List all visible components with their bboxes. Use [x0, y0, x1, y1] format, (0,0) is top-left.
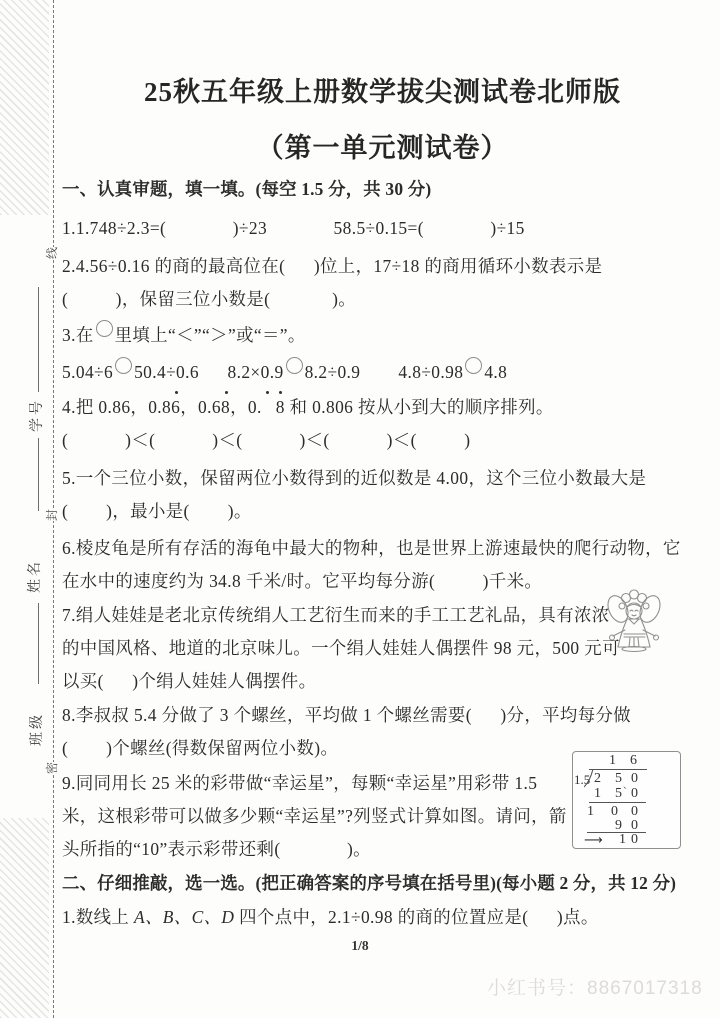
seal-char-feng: 封: [45, 509, 59, 521]
s1-q8-line1: 8.李叔叔 5.4 分做了 3 个螺丝，平均做 1 个螺丝需要( )分，平均每分…: [62, 703, 631, 727]
seal-char-mi: 密: [45, 762, 59, 774]
watermark: 小红书号：8867017318: [487, 973, 703, 1000]
s1-q7-line2: 的中国风格、地道的北京味儿。一个绢人娃娃人偶摆件 98 元，500 元可: [62, 636, 620, 660]
s1-q7-line3: 以买( )个绢人娃娃人偶摆件。: [62, 669, 316, 693]
q3-expr-3-right: 4.8: [484, 362, 507, 382]
s1-q5-line1: 5.一个三位小数，保留两位小数得到的近似数是 4.00，这个三位小数最大是: [62, 466, 646, 490]
s1-q7-line1: 7.绢人娃娃是老北京传统绢人工艺衍生而来的手工工艺礼品，具有浓浓: [62, 603, 610, 627]
s1-q4-line1: 4.把 0.86，0.86，0.68，0.8 和 0.806 按从小到大的顺序排…: [62, 395, 554, 419]
s1-q6-line1: 6.棱皮龟是所有存活的海龟中最大的物种，也是世界上游速最快的爬行动物，它: [62, 536, 681, 560]
remainder-arrow-icon: ⟶: [584, 833, 602, 848]
q4-suffix: 和 0.806 按从小到大的顺序排列。: [285, 397, 554, 417]
section1-heading: 一、认真审题，填一填。(每空 1.5 分，共 30 分): [62, 177, 431, 201]
name-label: 姓名: [29, 557, 43, 593]
repeating-digit: 8: [276, 395, 285, 419]
work-digit: 0: [631, 804, 638, 819]
vinculum-line: [589, 769, 647, 770]
blank-circle-icon: [286, 357, 303, 374]
work-digit: 9: [615, 818, 622, 833]
dividend-digit: 2: [594, 771, 601, 786]
quotient-digit: 1: [609, 753, 616, 768]
repeating-digit: 6: [171, 395, 180, 419]
subtraction-line: [589, 802, 646, 803]
doll-illustration: [603, 586, 665, 656]
q3-expr-2-left: 8.2×0.9: [227, 362, 283, 382]
s1-q9-line1: 9.同同用长 25 米的彩带做“幸运星”，每颗“幸运星”用彩带 1.5: [62, 771, 537, 795]
student-id-label: 学号: [31, 396, 45, 432]
work-digit: 5: [615, 786, 622, 801]
s1-q4-line2: ( )＜( )＜( )＜( )＜( ): [62, 428, 470, 452]
class-blank-line: [38, 603, 39, 684]
remainder-digit: 0: [631, 832, 638, 847]
blank-circle-icon: [465, 357, 482, 374]
s1-q5-line2: ( )，最小是( )。: [62, 499, 252, 523]
work-digit: 0: [631, 786, 638, 801]
s2-q1: 1.数线上 A、B、C、D 四个点中，2.1÷0.98 的商的位置应是( )点。: [62, 905, 599, 929]
q3-suffix: 里填上“＜”“＞”或“＝”。: [115, 325, 306, 345]
s1-q1: 1.1.748÷2.3=( )÷23 58.5÷0.15=( )÷15: [62, 216, 525, 240]
repeating-digit: 8: [221, 395, 230, 419]
q3-prefix: 3.在: [62, 325, 94, 345]
margin-hatch-top: [0, 0, 49, 215]
page-number: 1/8: [0, 938, 720, 954]
dividend-digit: 0: [631, 771, 638, 786]
page-title: 25秋五年级上册数学拔尖测试卷北师版: [55, 70, 710, 109]
margin-hatch-bottom: [0, 818, 49, 1018]
q3-expr-3-left: 4.8÷0.98: [398, 362, 463, 382]
s1-q2-line2: ( )，保留三位小数是( )。: [62, 287, 356, 311]
class-label: 班级: [31, 710, 45, 746]
s2-q1-point-letters: A、B、C、D: [134, 907, 234, 927]
q3-expr-1-left: 5.04÷6: [62, 362, 113, 382]
work-digit: 1: [594, 786, 601, 801]
work-digit: 0: [631, 818, 638, 833]
s1-q9-line3: 头所指的“10”表示彩带还剩( )。: [62, 837, 371, 861]
exam-paper-scan: { "header": { "title": "25秋五年级上册数学拔尖测试卷北…: [0, 0, 720, 1018]
blank-circle-icon: [115, 357, 132, 374]
page-subtitle: （第一单元测试卷）: [55, 126, 710, 165]
work-digit: 0: [611, 804, 618, 819]
s2-q1-suffix: 四个点中，2.1÷0.98 的商的位置应是( )点。: [234, 907, 598, 927]
q4-mid2: ，0.: [230, 397, 262, 417]
name-blank-line: [38, 438, 39, 511]
quotient-digit: 6: [630, 753, 637, 768]
section2-heading: 二、仔细推敲，选一选。(把正确答案的序号填在括号里)(每小题 2 分，共 12 …: [62, 871, 676, 895]
s1-q9-line2: 米，这根彩带可以做多少颗“幸运星”?列竖式计算如图。请问，箭: [62, 804, 567, 828]
s1-q6-line2: 在水中的速度约为 34.8 千米/时。它平均每分游( )千米。: [62, 569, 542, 593]
s1-q3-line2: 5.04÷650.4÷0.6 8.2×0.98.2÷0.9 4.8÷0.984.…: [62, 357, 507, 384]
division-bracket: [584, 769, 594, 788]
dividend-digit: 5: [615, 771, 622, 786]
q4-prefix: 4.把 0.86，0.8: [62, 397, 171, 417]
s1-q3-line1: 3.在里填上“＜”“＞”或“＝”。: [62, 320, 306, 347]
s1-q2-line1: 2.4.56÷0.16 的商的最高位在( )位上，17÷18 的商用循环小数表示…: [62, 254, 602, 278]
seal-char-xian: 线: [45, 247, 59, 259]
s1-q8-line2: ( )个螺丝(得数保留两位小数)。: [62, 736, 338, 760]
work-digit: 1: [587, 804, 594, 819]
long-division-diagram: 1 6 1.5 2 5 、 0 1 5 0 1 0 0 9 0 ⟶ 1 0: [572, 751, 681, 849]
student-id-blank-line: [38, 287, 39, 392]
s2-q1-prefix: 1.数线上: [62, 907, 134, 927]
blank-circle-icon: [96, 320, 113, 337]
q4-mid1: ，0.6: [180, 397, 221, 417]
remainder-digit: 1: [619, 832, 626, 847]
q3-expr-2-right: 8.2÷0.9: [305, 362, 399, 382]
q3-expr-1-right: 50.4÷0.6: [134, 362, 227, 382]
